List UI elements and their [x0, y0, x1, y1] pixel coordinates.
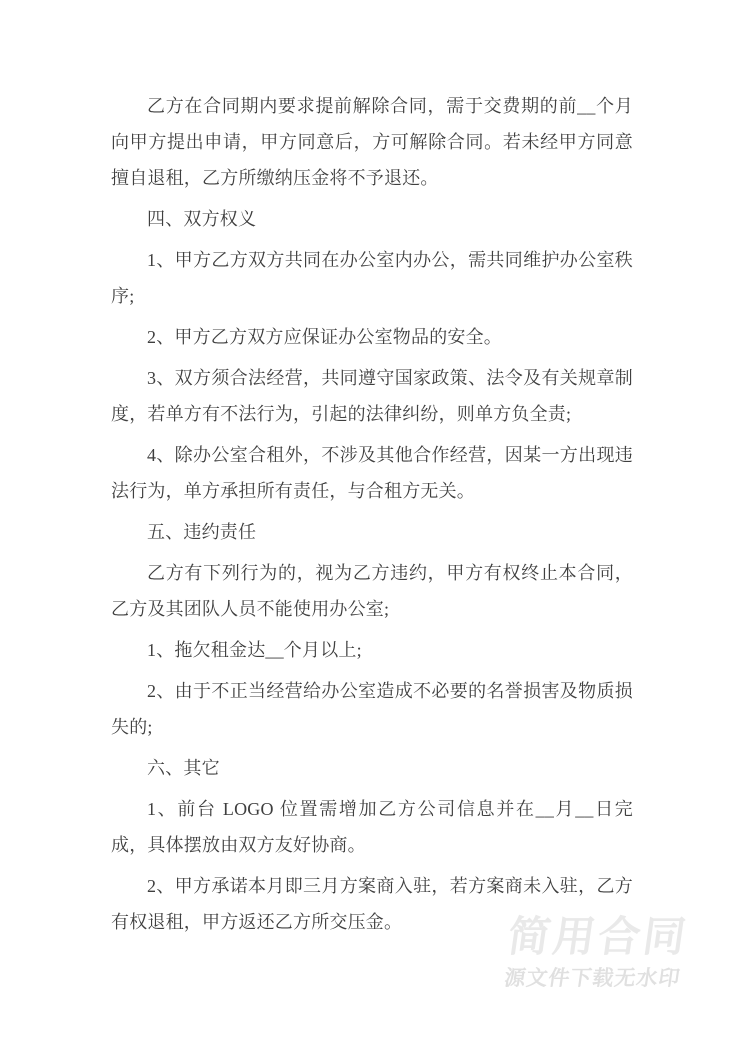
document-page: 乙方在合同期内要求提前解除合同，需于交费期的前__个月向甲方提出申请，甲方同意后…: [0, 0, 742, 1049]
watermark-subtitle: 源文件下载无水印: [501, 967, 684, 991]
section-heading: 六、其它: [111, 750, 633, 786]
section-heading: 五、违约责任: [111, 514, 633, 550]
contract-paragraph: 4、除办公室合租外，不涉及其他合作经营，因某一方出现违法行为，单方承担所有责任，…: [111, 437, 633, 509]
contract-paragraph: 2、甲方乙方双方应保证办公室物品的安全。: [111, 319, 633, 355]
watermark-title: 简用合同: [505, 915, 691, 959]
contract-paragraph: 3、双方须合法经营，共同遵守国家政策、法令及有关规章制度，若单方有不法行为，引起…: [111, 360, 633, 432]
section-heading: 四、双方权义: [111, 201, 633, 237]
contract-body: 乙方在合同期内要求提前解除合同，需于交费期的前__个月向甲方提出申请，甲方同意后…: [111, 88, 633, 945]
contract-paragraph: 1、前台 LOGO 位置需增加乙方公司信息并在__月__日完成，具体摆放由双方友…: [111, 791, 633, 863]
contract-paragraph: 1、甲方乙方双方共同在办公室内办公，需共同维护办公室秩序;: [111, 242, 633, 314]
contract-paragraph: 2、由于不正当经营给办公室造成不必要的名誉损害及物质损失的;: [111, 673, 633, 745]
watermark: 简用合同 源文件下载无水印: [501, 915, 692, 991]
contract-paragraph: 乙方在合同期内要求提前解除合同，需于交费期的前__个月向甲方提出申请，甲方同意后…: [111, 88, 633, 196]
contract-paragraph: 乙方有下列行为的，视为乙方违约，甲方有权终止本合同，乙方及其团队人员不能使用办公…: [111, 555, 633, 627]
contract-paragraph: 1、拖欠租金达__个月以上;: [111, 632, 633, 668]
